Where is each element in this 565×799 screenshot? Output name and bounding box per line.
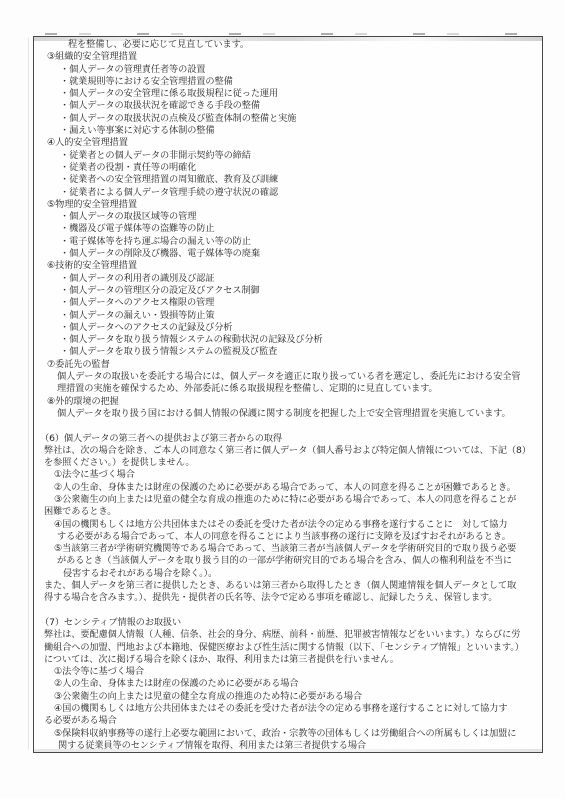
text-line: 弊社は、次の場合を除き、ご本人の同意なく第三者に個人データ（個人番号および特定個… [34,445,542,457]
text-line: 程を整備し、必要に応じて見直しています。 [34,39,542,51]
text-line: ・個人データの管理責任者等の設置 [34,64,542,76]
text-line: ・電子媒体等を持ち運ぶ場合の漏えい等の防止 [34,236,542,248]
scan-artifact-top-dashes [45,33,539,35]
text-line: ・個人データへのアクセスの記録及び分析 [34,322,542,334]
text-line: 困難であるとき。 [34,506,542,518]
text-line: ②人の生命、身体または財産の保護のために必要がある場合 [34,678,542,690]
text-line [34,420,542,432]
text-line: ⑤保険料収納事務等の遂行上必要な範囲において、政治・宗教等の団体もしくは労働組合… [34,728,542,740]
text-line: ・漏えい等事案に対応する体制の整備 [34,125,542,137]
text-line: ⑥技術的安全管理措置 [34,260,542,272]
text-line: ③公衆衛生の向上または児童の健全な育成の推進のために特に必要がある場合であって、… [34,494,542,506]
text-line: ⑦委託先の監督 [34,359,542,371]
text-line: （6）個人データの第三者への提供および第三者からの取得 [34,433,542,445]
text-line: ・従業者の役割・責任等の明確化 [34,162,542,174]
text-line: 侵害するおそれがある場合を除く。）。 [34,568,542,580]
text-line: については、次に掲げる場合を除くほか、取得、利用または第三者提供を行いません。 [34,654,542,666]
text-line: ・個人データの取扱状況を確認できる手段の整備 [34,100,542,112]
text-line: 個人データを取り扱う国における個人情報の保護に関する制度を把握した上で安全管理措… [34,408,542,420]
text-line: ・従業者との個人データの非開示契約等の締結 [34,150,542,162]
text-line: ・個人データへのアクセス権限の管理 [34,297,542,309]
text-line: ①法令等に基づく場合 [34,666,542,678]
text-line: ④国の機関もしくは地方公共団体またはその委託を受けた者が法令の定める事務を遂行す… [34,519,542,531]
text-line: 働組合への加盟、門地および本籍地、保健医療および性生活に関する情報（以下、「セン… [34,642,542,654]
text-line: があるとき（当該個人データを取り扱う目的の一部が学術研究目的である場合を含み、個… [34,555,542,567]
text-line: 個人データの取扱いを委託する場合には、個人データを適正に取り扱っている者を選定し… [34,371,542,383]
text-line: ・個人データを取り扱う情報システムの監視及び監査 [34,346,542,358]
text-line: ・個人データの管理区分の設定及びアクセス制御 [34,285,542,297]
text-line: を参照ください。）を提供しません。 [34,457,542,469]
text-line: ①法令に基づく場合 [34,469,542,481]
text-line: ・個人データを取り扱う情報システムの稼動状況の記録及び分析 [34,334,542,346]
text-line: 得する場合を含みます。）、提供先・提供者の氏名等、法令で定める事項を確認し、記録… [34,592,542,604]
text-line: 理措置の実施を確保するため、外部委託に係る取扱規程を整備し、定期的に見直していま… [34,383,542,395]
text-line [34,605,542,617]
text-line: ⑤物理的安全管理措置 [34,199,542,211]
document-text: 程を整備し、必要に応じて見直しています。③組織的安全管理措置・個人データの管理責… [34,39,542,752]
text-line: ・個人データの削除及び機器、電子媒体等の廃棄 [34,248,542,260]
text-line: ⑤当該第三者が学術研究機関等である場合であって、当該第三者が当該個人データを学術… [34,543,542,555]
text-line: ・個人データの漏えい・毀損等防止策 [34,310,542,322]
text-line: （7）センシティブ情報のお取扱い [34,617,542,629]
text-line: ・従業者への安全管理措置の周知徹底、教育及び訓練 [34,174,542,186]
text-line: ・就業規則等における安全管理措置の整備 [34,76,542,88]
document-border-box: 程を整備し、必要に応じて見直しています。③組織的安全管理措置・個人データの管理責… [33,36,543,753]
text-line: ・個人データの取扱区域等の管理 [34,211,542,223]
text-line: する必要がある場合であって、本人の同意を得ることにより当該事務の遂行に支障を及ぼ… [34,531,542,543]
text-line: ・従業者による個人データ管理手続の遵守状況の確認 [34,187,542,199]
text-line: ⑧外的環境の把握 [34,396,542,408]
scan-artifact-left-shadow [28,38,29,750]
scan-artifact-inner-bottom [34,749,542,752]
text-line: ・個人データの取扱状況の点検及び監査体制の整備と実施 [34,113,542,125]
text-line: ・個人データの安全管理に係る取扱規程に従った運用 [34,88,542,100]
text-line: ・機器及び電子媒体等の盗難等の防止 [34,223,542,235]
text-line: る必要がある場合 [34,715,542,727]
text-line: ③組織的安全管理措置 [34,51,542,63]
text-line: ②人の生命、身体または財産の保護のために必要がある場合であって、本人の同意を得る… [34,482,542,494]
text-line: 弊社は、要配慮個人情報（人種、信条、社会的身分、病歴、前科・前歴、犯罪被害情報な… [34,629,542,641]
text-line: ③公衆衛生の向上または児童の健全な育成の推進のため特に必要がある場合 [34,691,542,703]
text-line: また、個人データを第三者に提供したとき、あるいは第三者から取得したとき（個人関連… [34,580,542,592]
text-line: ④国の機関もしくは地方公共団体またはその委託を受けた者が法令の定める事務を遂行す… [34,703,542,715]
text-line: ・個人データの利用者の識別及び認証 [34,273,542,285]
text-line: ④人的安全管理措置 [34,137,542,149]
